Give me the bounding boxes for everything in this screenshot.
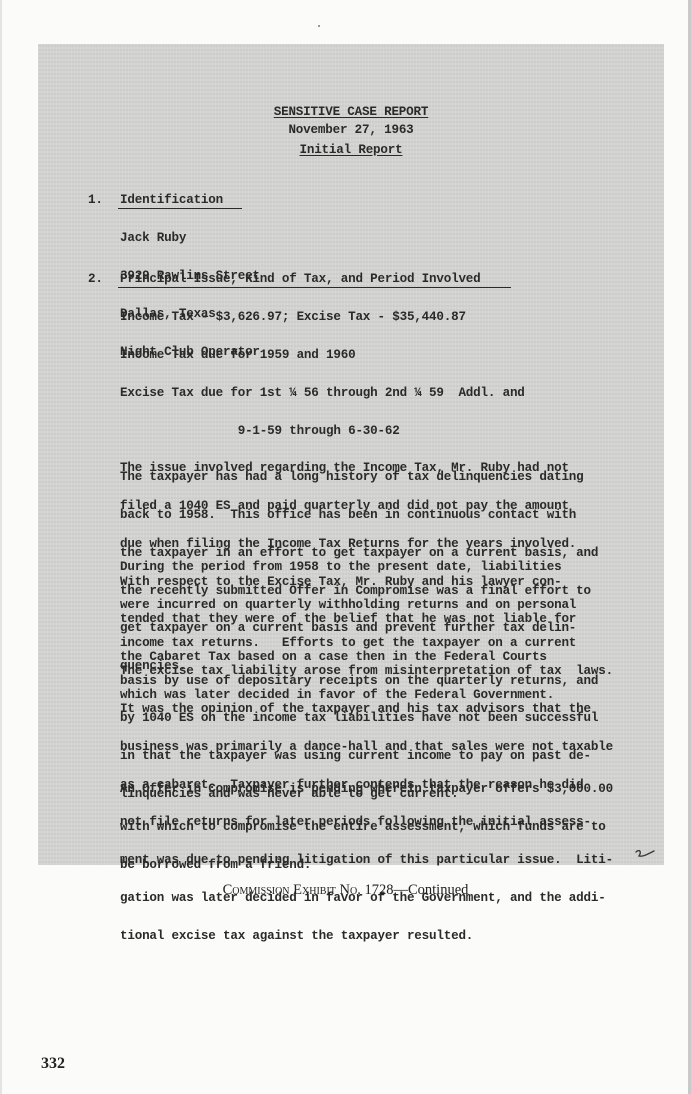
handwritten-page-mark-icon: [634, 848, 656, 860]
text-line: Income Tax due for 1959 and 1960: [120, 349, 576, 362]
section-heading: Principal Issue, Kind of Tax, and Period…: [120, 273, 481, 286]
caption-exhibit-label: Commission Exhibit: [223, 882, 336, 898]
text-line: back to 1958. This office has been in co…: [120, 509, 598, 522]
section-number: 2.: [88, 273, 103, 286]
scan-edge-left: [0, 0, 2, 1094]
text-line: Income Tax - $3,626.97; Excise Tax - $35…: [120, 311, 576, 324]
report-subtitle: Initial Report: [38, 144, 664, 157]
section-number: 1.: [88, 194, 103, 207]
text-line: business was primarily a dance-hall and …: [120, 741, 613, 754]
report-date: November 27, 1963: [38, 124, 664, 137]
text-line: were incurred on quarterly withholding r…: [120, 599, 598, 612]
text-line: Excise Tax due for 1st ¼ 56 through 2nd …: [120, 387, 576, 400]
page-number: 332: [41, 1055, 65, 1073]
speck: [318, 25, 320, 27]
caption-number-label: No.: [340, 882, 361, 898]
paragraph-offer-in-compromise: An Offer in Compromise is pending wherei…: [120, 758, 613, 897]
text-line: tional excise tax against the taxpayer r…: [120, 930, 613, 943]
text-line: During the period from 1958 to the prese…: [120, 561, 598, 574]
section-heading: Identification: [120, 194, 223, 207]
text-line: The excise tax liability arose from misi…: [120, 665, 613, 678]
typed-document-page: SENSITIVE CASE REPORT November 27, 1963 …: [38, 44, 664, 865]
text-line: 9-1-59 through 6-30-62: [120, 425, 576, 438]
report-title: SENSITIVE CASE REPORT: [38, 106, 664, 119]
exhibit-caption: Commission Exhibit No. 1728—Continued: [0, 882, 691, 899]
text-line: An Offer in Compromise is pending wherei…: [120, 783, 613, 796]
caption-exhibit-number: 1728—Continued: [364, 882, 468, 898]
report-subtitle-text: Initial Report: [299, 143, 402, 157]
report-title-text: SENSITIVE CASE REPORT: [274, 105, 429, 119]
subject-name: Jack Ruby: [120, 232, 260, 245]
text-line: be borrowed from a friend.: [120, 859, 613, 872]
text-line: It was the opinion of the taxpayer and h…: [120, 703, 613, 716]
text-line: The taxpayer has had a long history of t…: [120, 471, 598, 484]
text-line: with which to compromise the entire asse…: [120, 821, 613, 834]
